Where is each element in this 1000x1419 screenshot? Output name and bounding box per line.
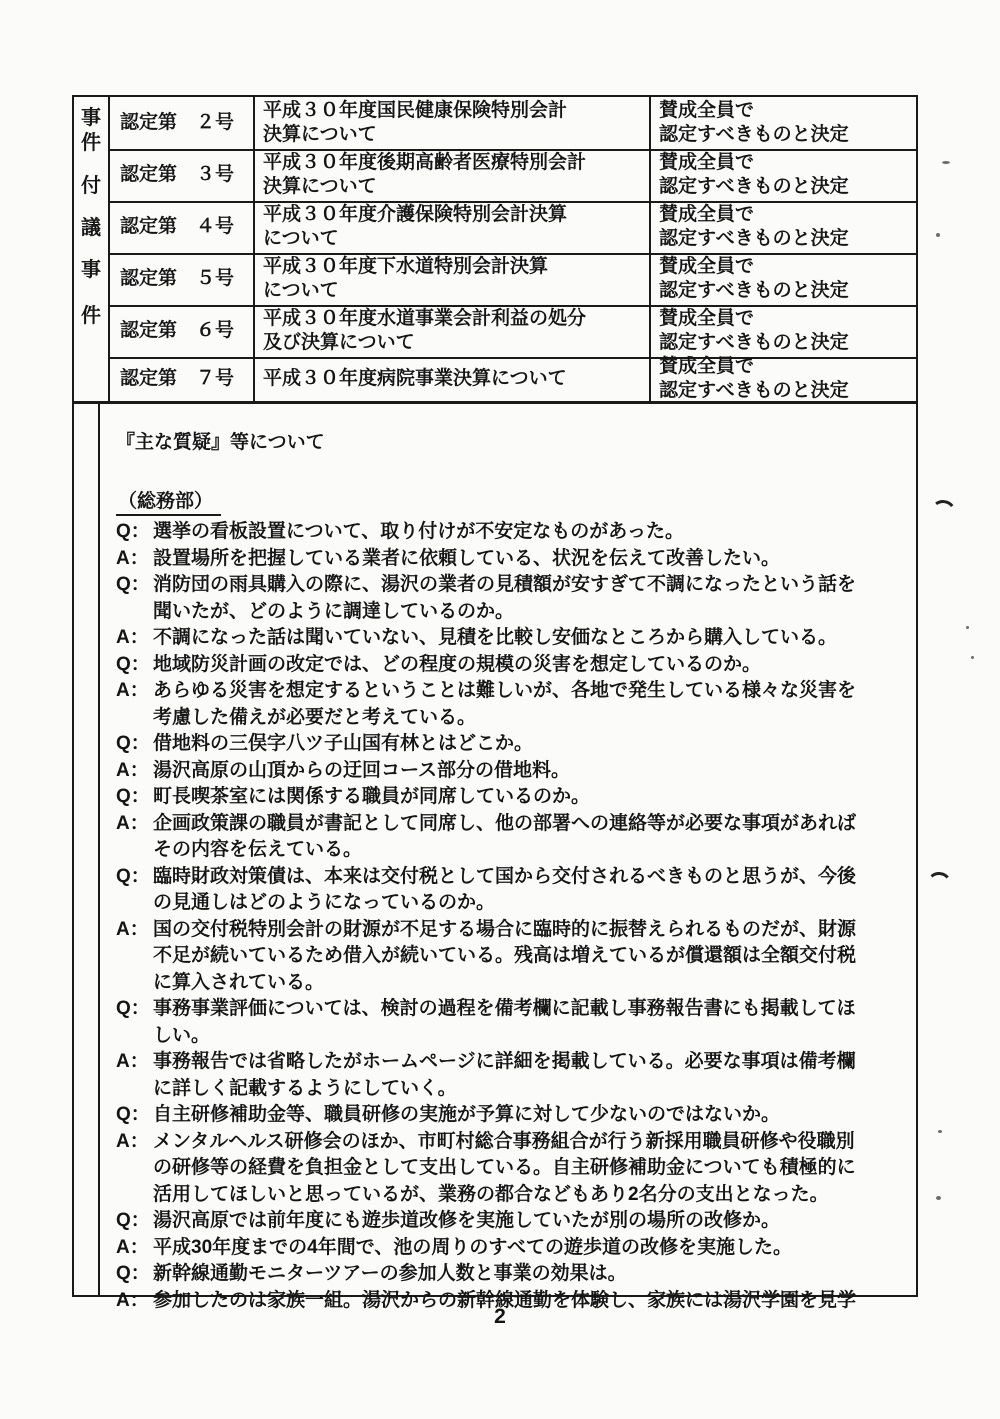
case-result: 賛成全員で 認定すべきものと決定 <box>649 97 916 149</box>
qa-speaker-label: Q： <box>116 652 153 679</box>
qa-text: 不調になった話は聞いていない、見積を比較し安価なところから購入している。 <box>153 625 912 652</box>
side-header-char: 事 <box>81 259 101 281</box>
qa-text: 事務報告では省略したがホームページに詳細を掲載している。必要な事項は備考欄 に詳… <box>153 1049 912 1102</box>
qa-line: Q：消防団の雨具購入の際に、湯沢の業者の見積額が安すぎて不調になったという話を … <box>116 572 912 625</box>
qa-line: A：メンタルヘルス研修会のほか、市町村総合事務組合が行う新採用職員研修や役職別 … <box>116 1129 912 1209</box>
case-description: 平成３０年度国民健康保険特別会計 決算について <box>253 97 649 149</box>
qa-line: A：国の交付税特別会計の財源が不足する場合に臨時的に振替えられるものだが、財源 … <box>116 917 912 997</box>
qa-text: 選挙の看板設置について、取り付けが不安定なものがあった。 <box>153 519 912 546</box>
agenda-row: 認定第 ７号平成３０年度病院事業決算について賛成全員で 認定すべきものと決定 <box>108 357 916 401</box>
qa-line: A：あらゆる災害を想定するということは難しいが、各地で発生している様々な災害を … <box>116 678 912 731</box>
case-result: 賛成全員で 認定すべきものと決定 <box>649 305 916 357</box>
qa-line: Q：町長喫茶室には関係する職員が同席しているのか。 <box>116 784 912 811</box>
qa-section: 『主な質疑』等について （総務部） Q：選挙の看板設置について、取り付けが不安定… <box>100 401 916 1295</box>
qa-line: Q：事務事業評価については、検討の過程を備考欄に記載し事務報告書にも掲載してほ … <box>116 996 912 1049</box>
qa-speaker-label: Q： <box>116 1208 153 1235</box>
agenda-table: 認定第 ２号平成３０年度国民健康保険特別会計 決算について賛成全員で 認定すべき… <box>108 97 916 401</box>
qa-speaker-label: Q： <box>116 1261 153 1288</box>
qa-speaker-label: A： <box>116 917 153 944</box>
qa-speaker-label: Q： <box>116 731 153 758</box>
page-number: 2 <box>0 1305 1000 1329</box>
qa-line: Q：地域防災計画の改定では、どの程度の規模の災害を想定しているのか。 <box>116 652 912 679</box>
qa-text: 自主研修補助金等、職員研修の実施が予算に対して少ないのではないか。 <box>153 1102 912 1129</box>
qa-speaker-label: A： <box>116 1049 153 1076</box>
qa-text: 設置場所を把握している業者に依頼している、状況を伝えて改善したい。 <box>153 546 912 573</box>
qa-line: Q：新幹線通勤モニターツアーの参加人数と事業の効果は。 <box>116 1261 912 1288</box>
qa-text: 事務事業評価については、検討の過程を備考欄に記載し事務報告書にも掲載してほ しい… <box>153 996 912 1049</box>
document-page: 事件付議事件 認定第 ２号平成３０年度国民健康保険特別会計 決算について賛成全員… <box>0 0 1000 1419</box>
case-description: 平成３０年度下水道特別会計決算 について <box>253 253 649 305</box>
qa-line: A：事務報告では省略したがホームページに詳細を掲載している。必要な事項は備考欄 … <box>116 1049 912 1102</box>
qa-speaker-label: Q： <box>116 784 153 811</box>
qa-speaker-label: Q： <box>116 572 153 599</box>
scan-artifact-dot <box>936 233 940 237</box>
qa-text: 企画政策課の職員が書記として同席し、他の部署への連絡等が必要な事項があれば その… <box>153 811 912 864</box>
agenda-row: 認定第 ５号平成３０年度下水道特別会計決算 について賛成全員で 認定すべきものと… <box>108 253 916 305</box>
table-side-header: 事件付議事件 <box>74 103 108 327</box>
qa-speaker-label: A： <box>116 678 153 705</box>
side-header-char: 件 <box>81 132 101 154</box>
case-number: 認定第 ３号 <box>108 149 253 201</box>
qa-speaker-label: Q： <box>116 864 153 891</box>
scan-artifact-dot <box>966 626 969 629</box>
qa-line: A：企画政策課の職員が書記として同席し、他の部署への連絡等が必要な事項があれば … <box>116 811 912 864</box>
agenda-row: 認定第 ６号平成３０年度水道事業会計利益の処分 及び決算について賛成全員で 認定… <box>108 305 916 357</box>
case-number: 認定第 ７号 <box>108 357 253 401</box>
qa-speaker-label: A： <box>116 811 153 838</box>
qa-text: 消防団の雨具購入の際に、湯沢の業者の見積額が安すぎて不調になったという話を 聞い… <box>153 572 912 625</box>
qa-speaker-label: Q： <box>116 519 153 546</box>
scan-artifact-arc <box>928 498 957 527</box>
case-result: 賛成全員で 認定すべきものと決定 <box>649 201 916 253</box>
qa-line: Q：選挙の看板設置について、取り付けが不安定なものがあった。 <box>116 519 912 546</box>
qa-text: 新幹線通勤モニターツアーの参加人数と事業の効果は。 <box>153 1261 912 1288</box>
case-description: 平成３０年度後期高齢者医療特別会計 決算について <box>253 149 649 201</box>
qa-text: 国の交付税特別会計の財源が不足する場合に臨時的に振替えられるものだが、財源 不足… <box>153 917 912 997</box>
case-number: 認定第 ４号 <box>108 201 253 253</box>
scan-artifact-dot <box>942 161 950 164</box>
qa-line: A：設置場所を把握している業者に依頼している、状況を伝えて改善したい。 <box>116 546 912 573</box>
qa-section-title: 『主な質疑』等について <box>116 427 912 454</box>
side-header-char: 付 <box>81 175 101 197</box>
case-number: 認定第 ６号 <box>108 305 253 357</box>
case-description: 平成３０年度水道事業会計利益の処分 及び決算について <box>253 305 649 357</box>
case-description: 平成３０年度病院事業決算について <box>253 357 649 401</box>
qa-text: 地域防災計画の改定では、どの程度の規模の災害を想定しているのか。 <box>153 652 912 679</box>
case-description: 平成３０年度介護保険特別会計決算 について <box>253 201 649 253</box>
qa-text: あらゆる災害を想定するということは難しいが、各地で発生している様々な災害を 考慮… <box>153 678 912 731</box>
case-result: 賛成全員で 認定すべきものと決定 <box>649 149 916 201</box>
case-number: 認定第 ２号 <box>108 97 253 149</box>
side-header-char: 議 <box>81 217 101 239</box>
qa-speaker-label: Q： <box>116 996 153 1023</box>
qa-line: Q：自主研修補助金等、職員研修の実施が予算に対して少ないのではないか。 <box>116 1102 912 1129</box>
qa-speaker-label: A： <box>116 1235 153 1262</box>
qa-department-label: （総務部） <box>116 486 221 516</box>
side-header-char: 件 <box>81 305 101 327</box>
agenda-row: 認定第 ２号平成３０年度国民健康保険特別会計 決算について賛成全員で 認定すべき… <box>108 97 916 149</box>
qa-text: メンタルヘルス研修会のほか、市町村総合事務組合が行う新採用職員研修や役職別 の研… <box>153 1129 912 1209</box>
qa-line: Q：借地料の三俣字八ツ子山国有林とはどこか。 <box>116 731 912 758</box>
qa-text: 湯沢高原では前年度にも遊歩道改修を実施していたが別の場所の改修か。 <box>153 1208 912 1235</box>
qa-line: A：不調になった話は聞いていない、見積を比較し安価なところから購入している。 <box>116 625 912 652</box>
document-frame: 事件付議事件 認定第 ２号平成３０年度国民健康保険特別会計 決算について賛成全員… <box>72 95 918 1297</box>
agenda-row: 認定第 ４号平成３０年度介護保険特別会計決算 について賛成全員で 認定すべきもの… <box>108 201 916 253</box>
qa-line: A：平成30年度までの4年間で、池の周りのすべての遊歩道の改修を実施した。 <box>116 1235 912 1262</box>
side-header-char: 事 <box>81 107 101 129</box>
qa-speaker-label: Q： <box>116 1102 153 1129</box>
qa-text: 臨時財政対策債は、本来は交付税として国から交付されるべきものと思うが、今後 の見… <box>153 864 912 917</box>
case-number: 認定第 ５号 <box>108 253 253 305</box>
qa-speaker-label: A： <box>116 546 153 573</box>
qa-speaker-label: A： <box>116 625 153 652</box>
qa-line: Q：湯沢高原では前年度にも遊歩道改修を実施していたが別の場所の改修か。 <box>116 1208 912 1235</box>
agenda-row: 認定第 ３号平成３０年度後期高齢者医療特別会計 決算について賛成全員で 認定すべ… <box>108 149 916 201</box>
qa-speaker-label: A： <box>116 758 153 785</box>
qa-line: Q：臨時財政対策債は、本来は交付税として国から交付されるべきものと思うが、今後 … <box>116 864 912 917</box>
qa-line: A：湯沢高原の山頂からの迂回コース部分の借地料。 <box>116 758 912 785</box>
qa-speaker-label: A： <box>116 1129 153 1156</box>
qa-text: 平成30年度までの4年間で、池の周りのすべての遊歩道の改修を実施した。 <box>153 1235 912 1262</box>
qa-text: 湯沢高原の山頂からの迂回コース部分の借地料。 <box>153 758 912 785</box>
case-result: 賛成全員で 認定すべきものと決定 <box>649 253 916 305</box>
qa-text: 借地料の三俣字八ツ子山国有林とはどこか。 <box>153 731 912 758</box>
qa-text: 町長喫茶室には関係する職員が同席しているのか。 <box>153 784 912 811</box>
scan-artifact-dot <box>938 1130 942 1133</box>
scan-artifact-dot <box>936 1196 941 1200</box>
scan-artifact-arc <box>925 871 953 899</box>
case-result: 賛成全員で 認定すべきものと決定 <box>649 357 916 401</box>
qa-list: Q：選挙の看板設置について、取り付けが不安定なものがあった。A：設置場所を把握し… <box>116 519 912 1314</box>
scan-artifact-dot <box>971 656 974 659</box>
